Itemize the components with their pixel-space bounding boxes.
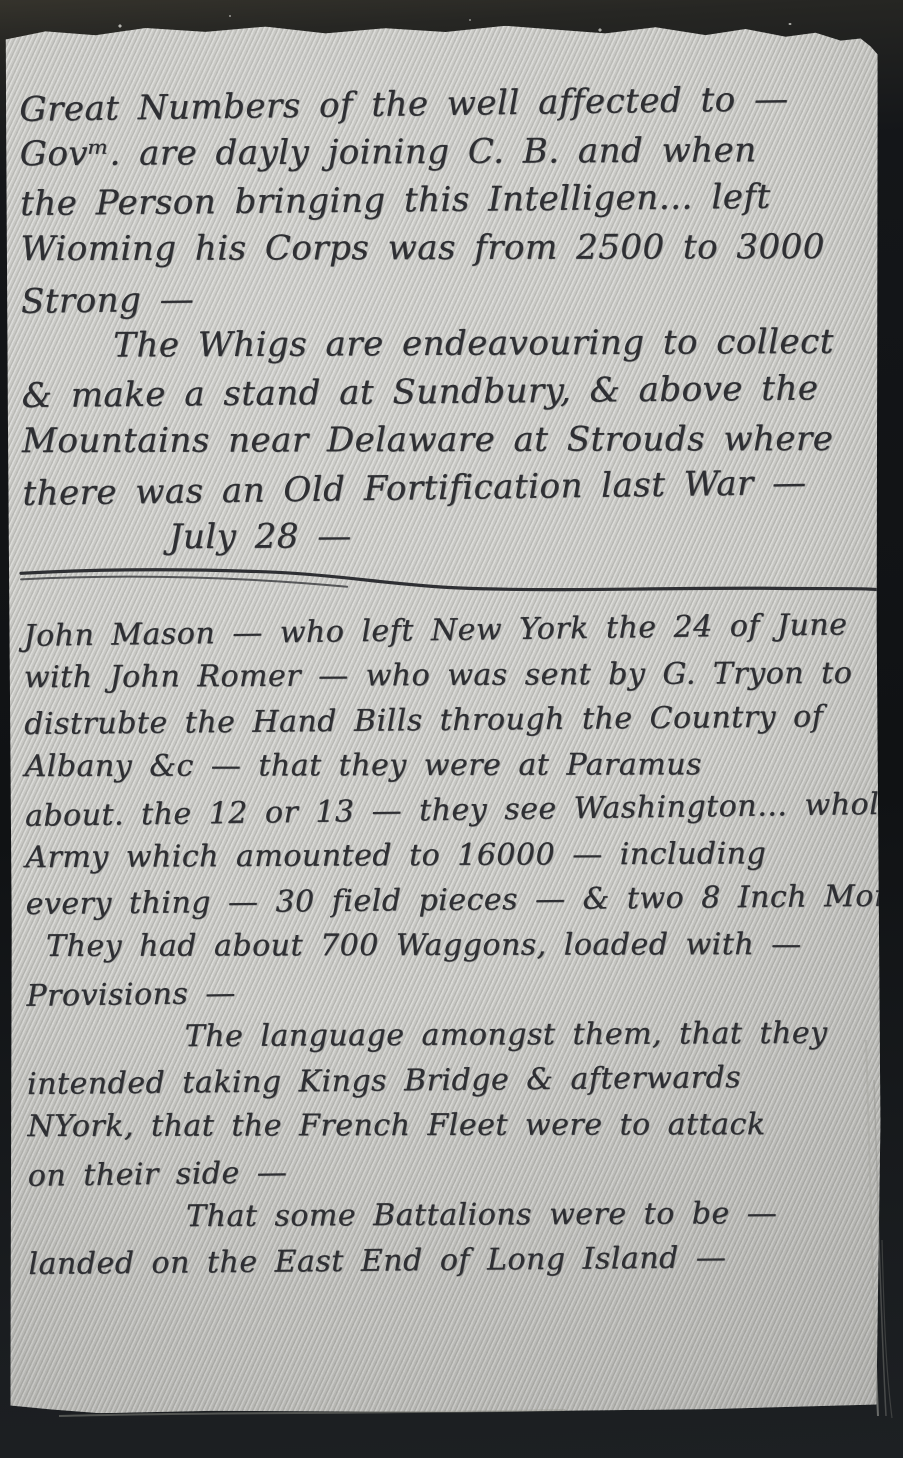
manuscript-line: there was an Old Fortification last War …: [22, 458, 869, 518]
photo-background: Great Numbers of the well affected to — …: [0, 0, 903, 1458]
manuscript-line: Great Numbers of the well affected to —: [19, 74, 866, 134]
manuscript-date-line: July 28 —: [169, 510, 869, 562]
entry-july-28: John Mason — who left New York the 24 of…: [23, 605, 874, 1287]
manuscript-line: the Person bringing this Intelligen… lef…: [20, 172, 866, 228]
manuscript-line: landed on the East End of Long Island —: [28, 1234, 874, 1287]
manuscript-line: distrubte the Hand Bills through the Cou…: [24, 694, 870, 747]
manuscript-page: Great Numbers of the well affected to — …: [6, 24, 883, 1413]
entry-continuation: Great Numbers of the well affected to — …: [19, 77, 869, 564]
manuscript-line: John Mason — who left New York the 24 of…: [23, 602, 870, 659]
manuscript-line: about. the 12 or 13 — they see Washingto…: [25, 782, 872, 839]
manuscript-line: Wioming his Corps was from 2500 to 3000: [20, 223, 866, 273]
manuscript-line: Army which amounted to 16000 — including: [25, 831, 871, 880]
manuscript-line: every thing — 30 field pieces — & two 8 …: [25, 874, 871, 927]
manuscript-line: The language amongst them, that they: [185, 1011, 873, 1060]
manuscript-line: Strong —: [21, 266, 868, 326]
manuscript-line: Govᵐ. are dayly joining C. B. and when: [20, 126, 866, 178]
manuscript-line: They had about 700 Waggons, loaded with …: [46, 922, 872, 969]
manuscript-line: intended taking Kings Bridge & afterward…: [27, 1054, 873, 1107]
hand-drawn-divider-rule: [17, 559, 889, 608]
manuscript-line: Mountains near Delaware at Strouds where: [22, 415, 868, 465]
manuscript-line: NYork, that the French Fleet were to att…: [27, 1102, 873, 1149]
manuscript-line: The Whigs are endeavouring to collect: [113, 318, 867, 370]
manuscript-line: & make a stand at Sundbury, & above the: [21, 364, 867, 420]
manuscript-line: Albany &c — that they were at Paramus: [25, 742, 871, 789]
manuscript-line: That some Battalions were to be —: [186, 1191, 874, 1240]
manuscript-line: with John Romer — who was sent by G. Try…: [24, 651, 870, 700]
manuscript-text: Great Numbers of the well affected to — …: [19, 63, 875, 1287]
